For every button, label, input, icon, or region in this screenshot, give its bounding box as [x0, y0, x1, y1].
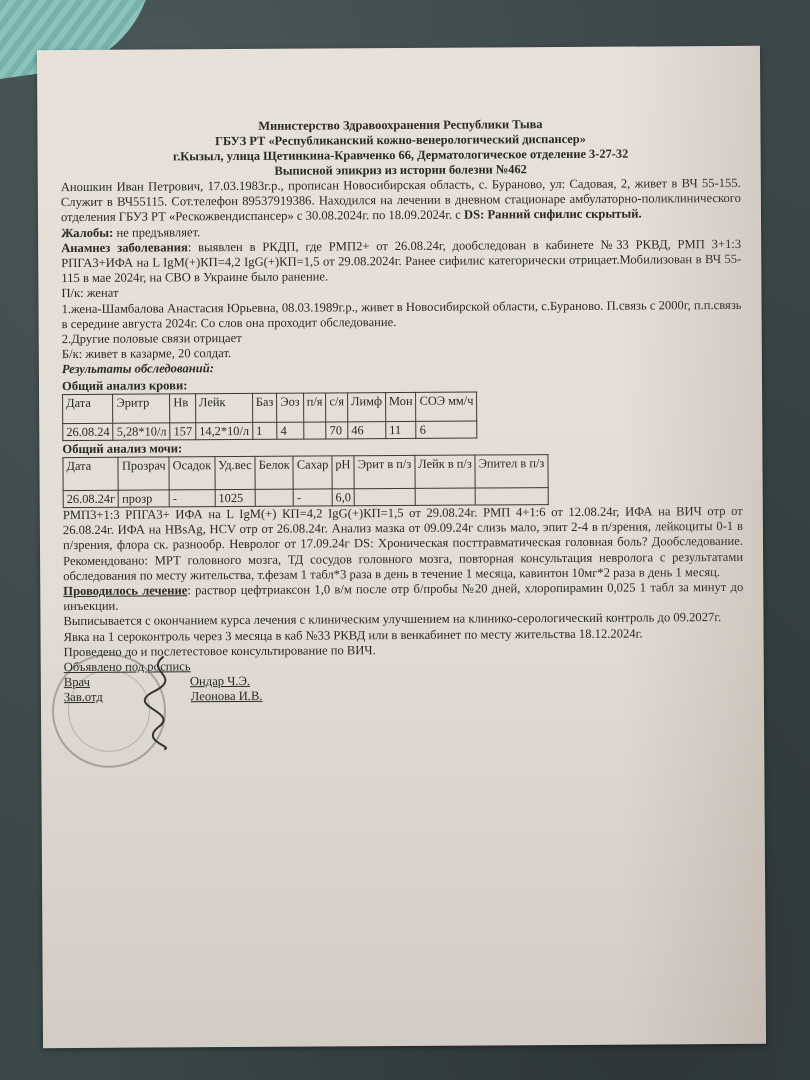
urine-value-cell: -	[293, 489, 332, 506]
blood-value-cell: 1	[253, 422, 278, 439]
signature-icon	[134, 651, 205, 751]
urine-header-cell: Эрит в п/з	[354, 455, 415, 488]
urine-header-cell: Уд.вес	[215, 456, 256, 489]
urine-value-cell: 6,0	[332, 489, 355, 506]
urine-value-cell	[255, 489, 293, 506]
blood-header-cell: Эоз	[277, 393, 303, 422]
blood-header-cell: Баз	[252, 393, 277, 422]
urine-value-cell: прозр	[119, 490, 170, 507]
urine-table: ДатаПрозрачОсадокУд.весБелокСахарpHЭрит …	[62, 454, 548, 508]
blood-header-cell: с/я	[326, 393, 348, 422]
blood-header-cell: Мон	[385, 392, 416, 421]
blood-header-cell: Дата	[63, 394, 114, 423]
blood-header-cell: Лейк	[195, 393, 252, 422]
urine-value-cell: 1025	[215, 489, 256, 506]
urine-header-cell: Лейк в п/з	[415, 455, 476, 488]
urine-value-cell	[415, 488, 476, 505]
urine-header-cell: Белок	[255, 456, 293, 489]
urine-header-cell: Эпител в п/з	[475, 455, 548, 488]
discharge-document: Министерство Здравоохранения Республики …	[37, 46, 766, 1048]
urine-value-cell: 26.08.24г	[63, 490, 119, 507]
blood-value-cell: 70	[326, 422, 348, 439]
blood-header-cell: Нв	[170, 394, 196, 423]
blood-value-cell: 5,28*10/л	[113, 423, 170, 440]
anamnesis: Анамнез заболевания: выявлен в РКДП, где…	[61, 237, 741, 287]
contact-1: 1.жена-Шамбалова Анастасия Юрьевна, 08.0…	[61, 298, 741, 333]
urine-header-cell: Осадок	[169, 457, 215, 490]
blood-header-cell: Эритр	[113, 394, 170, 423]
urine-value-cell	[475, 488, 548, 505]
urine-value-cell: -	[169, 490, 215, 507]
urine-header-cell: pH	[332, 456, 355, 489]
urine-value-cell	[354, 488, 415, 505]
blood-header-cell: Лимф	[348, 392, 386, 421]
diagnosis: Ранний сифилис скрытый.	[487, 207, 641, 222]
blood-value-cell: 157	[170, 423, 196, 440]
tests-text: РМП3+1:3 РПГА3+ ИФА на L IgM(+) КП=4,2 I…	[63, 504, 743, 584]
urine-header-cell: Прозрач	[118, 457, 169, 490]
blood-header-cell: СОЭ мм/ч	[416, 392, 477, 421]
blood-table: ДатаЭритрНвЛейкБазЭозп/яс/яЛимфМонСОЭ мм…	[62, 391, 478, 441]
blood-value-cell: 46	[348, 421, 386, 438]
blood-header-cell: п/я	[303, 393, 326, 422]
blood-value-cell: 14,2*10/л	[196, 422, 253, 439]
blood-value-cell	[303, 422, 326, 439]
signature-block: Объявлено под роспись ВрачОндар Ч.Э. Зав…	[64, 656, 744, 706]
blood-value-cell: 6	[416, 421, 477, 438]
treatment: Проводилось лечение: раствор цефтриаксон…	[63, 580, 743, 615]
urine-header-cell: Дата	[63, 457, 119, 490]
patient-info: Аношкин Иван Петрович, 17.03.1983г.р., п…	[61, 176, 741, 226]
blood-value-cell: 26.08.24	[63, 423, 113, 440]
document-header: Министерство Здравоохранения Республики …	[60, 116, 740, 180]
blood-value-cell: 4	[277, 422, 303, 439]
blood-value-cell: 11	[386, 421, 417, 438]
urine-header-cell: Сахар	[293, 456, 332, 489]
